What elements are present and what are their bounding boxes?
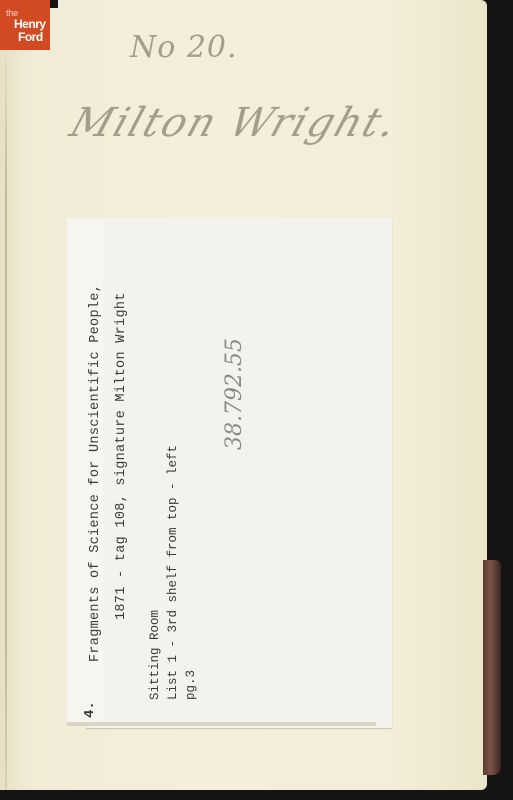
book-detail-line: 1871 - tag 108, signature Milton Wright bbox=[114, 292, 129, 620]
book-cover-edge bbox=[483, 560, 501, 775]
scan-corner bbox=[50, 0, 58, 8]
accession-number: 38.792.55 bbox=[222, 338, 247, 450]
index-card-shadow bbox=[67, 722, 376, 726]
page-gutter bbox=[5, 40, 7, 790]
handwritten-signature: Milton Wright. bbox=[65, 100, 405, 146]
item-number: 4. bbox=[82, 701, 98, 718]
location-room: Sitting Room bbox=[148, 610, 162, 700]
location-shelf: List 1 - 3rd shelf from top - left bbox=[166, 445, 180, 700]
handwritten-number: No 20. bbox=[130, 30, 238, 65]
location-page: pg.3 bbox=[184, 670, 198, 700]
henry-ford-logo: the Henry Ford bbox=[0, 0, 50, 50]
book-title-line: Fragments of Science for Unscientific Pe… bbox=[88, 284, 103, 662]
index-card bbox=[86, 218, 392, 728]
logo-henry: Henry bbox=[14, 17, 46, 31]
logo-ford: Ford bbox=[18, 30, 43, 44]
